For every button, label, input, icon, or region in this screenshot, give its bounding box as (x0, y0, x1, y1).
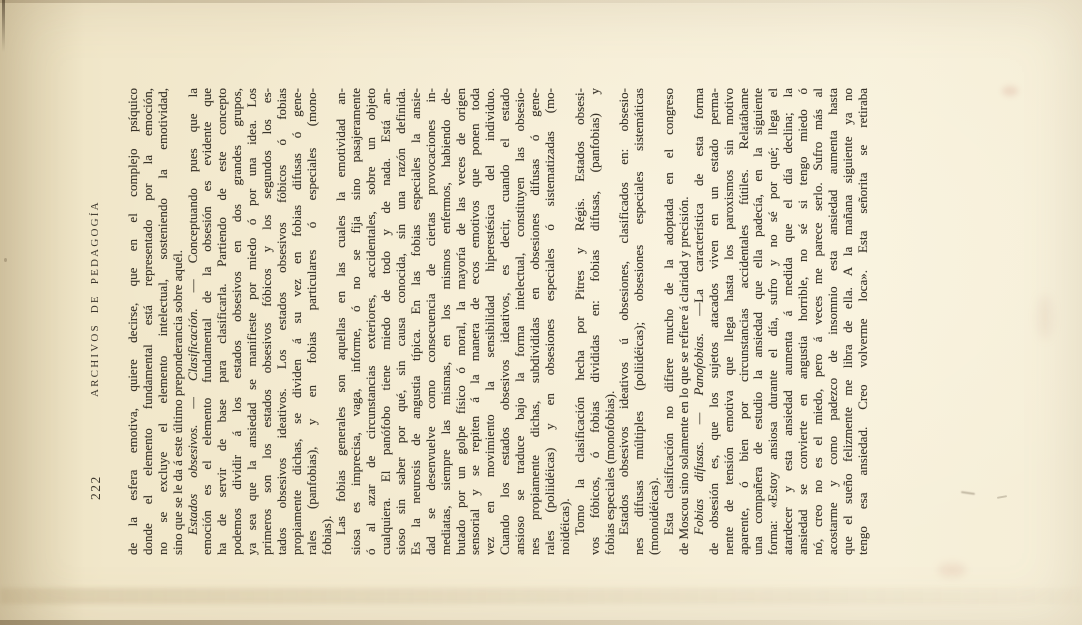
text-segment: siosa es imprecisa, vaga, informe, ó no … (349, 88, 363, 555)
text-segment: donde el elemento fundamental está repre… (141, 88, 155, 555)
text-segment: fobias especiales (monofobias). (603, 391, 617, 555)
text-line: ó al azar de circunstancias exteriores, … (364, 88, 379, 555)
text-segment: ha de servir de base para clasificarla. … (215, 88, 229, 555)
text-line: sensorial y se repiten á la manera de ec… (468, 88, 483, 555)
text-line: de obsesión es, que los sujetos atacados… (707, 88, 722, 555)
text-segment: butado por un golpe físico ó moral, la m… (454, 88, 468, 555)
text-segment: ansiedad se convierte en angustia horrib… (796, 88, 810, 555)
text-line: Esta clasificación no difiere mucho de l… (662, 88, 677, 555)
text-segment: ó al azar de circunstancias exteriores, … (364, 88, 378, 555)
text-line: noidéicas). (558, 88, 573, 555)
page-header: 222 ARCHIVOS DE PEDAGOGÍA (87, 88, 104, 555)
text-line: no se excluye el elemento intelectual, s… (156, 88, 171, 555)
text-line: ha de servir de base para clasificarla. … (215, 88, 230, 555)
running-header: ARCHIVOS DE PEDAGOGÍA (89, 213, 101, 397)
text-line: (monoidéicas). (647, 88, 662, 555)
text-segment: vos fóbicos, ó fobias divididas en: fobi… (588, 88, 602, 555)
text-segment: Cuando los estados obsesivos ideativos, … (498, 88, 512, 555)
text-line: una compañera de estudio la ansiedad que… (751, 88, 766, 555)
text-segment: propiamente dichas, se dividen á su vez … (290, 88, 304, 555)
text-segment: Estados obsesivos ideativos ú obsesiones… (617, 88, 631, 535)
text-line: nes propiamente dichas, subdivididas en … (528, 88, 543, 555)
text-segment: cualquiera. El panófobo tiene miedo de t… (379, 88, 393, 555)
text-segment: fobias). (320, 516, 334, 555)
text-line: de Moscou sino solamente en lo que se re… (677, 88, 692, 555)
text-line: de la esfera emotiva, quiere decirse, qu… (126, 88, 141, 555)
text-line: Estados obsesivos. — Clasificación. — Co… (186, 88, 201, 555)
text-segment: —La característica de esta forma (692, 88, 706, 333)
text-segment: Esta clasificación no difiere mucho de l… (662, 88, 676, 535)
text-line: rales (poliidéicas) y en obsesiones espe… (543, 88, 558, 555)
text-segment: sioso sin saber por qué, sin causa conoc… (394, 88, 408, 555)
text-segment: tados obsesivos ideativos. Los estados o… (275, 88, 289, 555)
text-body: de la esfera emotiva, quiere decirse, qu… (126, 88, 871, 555)
text-line: nó, creo no es el miedo, pero á veces me… (811, 88, 826, 555)
text-line: Las fobias generales son aquellas en las… (334, 88, 349, 555)
text-line: tengo esa ansiedad. Creo volverme loca».… (856, 88, 871, 555)
text-line: Cuando los estados obsesivos ideativos, … (498, 88, 513, 555)
text-segment: podemos dividir á los estados obsesivos … (230, 88, 244, 555)
text-line: atardecer y esta ansiedad aumenta á medi… (781, 88, 796, 555)
text-segment: dad se desenvuelve como consecuencia de … (424, 88, 438, 555)
text-segment: no se excluye el elemento intelectual, s… (156, 88, 170, 555)
text-line: Estados obsesivos ideativos ú obsesiones… (617, 88, 632, 555)
text-segment: que el sueño felizmente me libra de ella… (841, 88, 855, 555)
text-line: que el sueño felizmente me libra de ella… (841, 88, 856, 555)
text-line: fobias). (320, 88, 335, 555)
text-line: siosa es imprecisa, vaga, informe, ó no … (349, 88, 364, 555)
text-line: butado por un golpe físico ó moral, la m… (454, 88, 469, 555)
text-line: fobias especiales (monofobias). (603, 88, 618, 555)
text-line: nes difusas múltiples (poliidéicas); obs… (632, 88, 647, 555)
text-line: primeros son los estados obsesivos fóbic… (260, 88, 275, 555)
text-segment: nó, creo no es el miedo, pero á veces me… (811, 88, 825, 555)
text-line: propiamente dichas, se dividen á su vez … (290, 88, 305, 555)
text-segment: una compañera de estudio la ansiedad que… (751, 88, 765, 555)
page-content: 222 ARCHIVOS DE PEDAGOGÍA de la esfera e… (0, 0, 1082, 625)
text-line: ya sea que la ansiedad se manifieste por… (245, 88, 260, 555)
text-segment: Es la neurosis de angustia típica. En la… (409, 88, 423, 555)
text-line: Tomo la clasificación hecha por Pitres y… (573, 88, 588, 555)
text-segment: sino que se le da á este último preponde… (171, 250, 185, 555)
text-segment: acostarme y como padezco de insomnio est… (826, 88, 840, 555)
text-segment: (monoidéicas). (647, 477, 661, 555)
text-line: forma: «Estoy ansiosa durante el día, su… (766, 88, 781, 555)
page-number: 222 (88, 475, 104, 500)
text-line: sioso sin saber por qué, sin causa conoc… (394, 88, 409, 555)
text-segment: de Moscou sino solamente en lo que se re… (677, 197, 691, 555)
text-line: acostarme y como padezco de insomnio est… (826, 88, 841, 555)
text-segment: Tomo la clasificación hecha por Pitres y… (573, 88, 587, 535)
text-segment: — Conceptuando pues que la (186, 88, 200, 308)
text-segment: Las fobias generales son aquellas en las… (334, 88, 348, 535)
italic-text-segment: Estados obsesivos. — Clasificación. (186, 308, 200, 535)
text-line: nente de tensión emotiva que llega hasta… (722, 88, 737, 555)
text-segment: de obsesión es, que los sujetos atacados… (707, 88, 721, 555)
text-segment: mediatas, siempre las mismas, en los mis… (439, 88, 453, 555)
text-line: tados obsesivos ideativos. Los estados o… (275, 88, 290, 555)
text-line: vos fóbicos, ó fobias divididas en: fobi… (588, 88, 603, 555)
text-segment: nes difusas múltiples (poliidéicas); obs… (632, 88, 646, 555)
italic-text-segment: Fobias difusas. — Panofobias. (692, 333, 706, 535)
text-line: ansiedad se convierte en angustia horrib… (796, 88, 811, 555)
text-segment: sensorial y se repiten á la manera de ec… (468, 88, 482, 555)
text-segment: emoción es el elemento fundamental de la… (200, 88, 214, 555)
text-line: rales (panfobias), y en fobias particula… (305, 88, 320, 555)
text-line: Fobias difusas. — Panofobias. —La caract… (692, 88, 707, 555)
text-segment: nes propiamente dichas, subdivididas en … (528, 88, 542, 555)
text-segment: nente de tensión emotiva que llega hasta… (722, 88, 736, 555)
text-segment: ansioso se traduce bajo la forma intelec… (513, 88, 527, 555)
text-line: ansioso se traduce bajo la forma intelec… (513, 88, 528, 555)
text-line: emoción es el elemento fundamental de la… (200, 88, 215, 555)
text-segment: forma: «Estoy ansiosa durante el día, su… (766, 88, 780, 555)
text-line: mediatas, siempre las mismas, en los mis… (439, 88, 454, 555)
text-line: vez en movimiento la sensibilidad hipere… (483, 88, 498, 555)
text-segment: rales (poliidéicas) y en obsesiones espe… (543, 88, 557, 555)
text-line: sino que se le da á este último preponde… (171, 88, 186, 555)
text-segment: rales (panfobias), y en fobias particula… (305, 88, 319, 555)
text-line: aparente, ó bien por circunstancias acci… (737, 88, 752, 555)
text-line: cualquiera. El panófobo tiene miedo de t… (379, 88, 394, 555)
scanned-book-page: 222 ARCHIVOS DE PEDAGOGÍA de la esfera e… (0, 0, 1082, 625)
text-segment: atardecer y esta ansiedad aumenta á medi… (781, 88, 795, 555)
text-segment: primeros son los estados obsesivos fóbic… (260, 88, 274, 555)
text-line: dad se desenvuelve como consecuencia de … (424, 88, 439, 555)
text-segment: tengo esa ansiedad. Creo volverme loca».… (856, 88, 870, 555)
text-segment: de la esfera emotiva, quiere decirse, qu… (126, 88, 140, 555)
text-line: podemos dividir á los estados obsesivos … (230, 88, 245, 555)
text-segment: noidéicas). (558, 498, 572, 555)
text-line: Es la neurosis de angustia típica. En la… (409, 88, 424, 555)
text-segment: ya sea que la ansiedad se manifieste por… (245, 88, 259, 555)
text-line: donde el elemento fundamental está repre… (141, 88, 156, 555)
text-segment: vez en movimiento la sensibilidad hipere… (483, 88, 497, 555)
text-segment: aparente, ó bien por circunstancias acci… (737, 88, 751, 555)
